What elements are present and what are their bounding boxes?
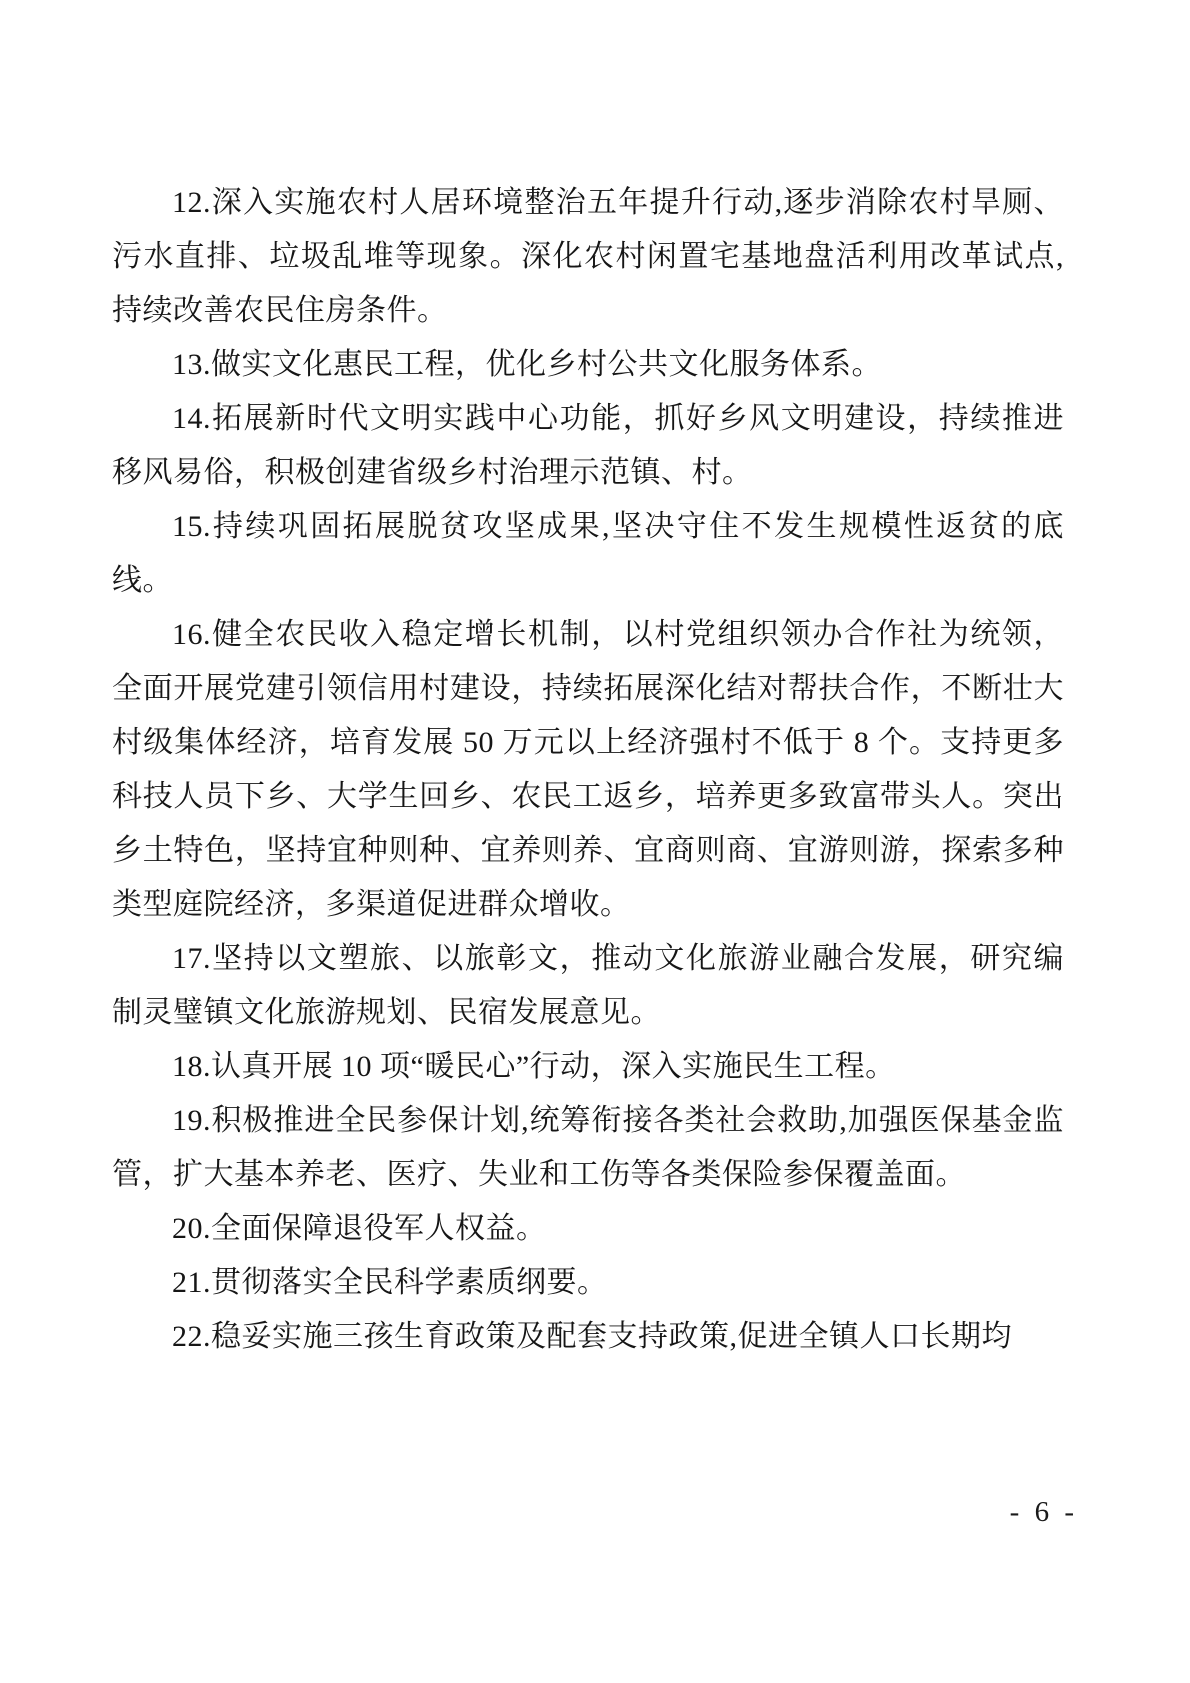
paragraph-item-21: 21.贯彻落实全民科学素质纲要。 bbox=[112, 1256, 1064, 1310]
paragraph-item-16: 16.健全农民收入稳定增长机制，以村党组织领办合作社为统领，全面开展党建引领信用… bbox=[112, 608, 1064, 932]
paragraph-item-14: 14.拓展新时代文明实践中心功能，抓好乡风文明建设，持续推进移风易俗，积极创建省… bbox=[112, 392, 1064, 500]
paragraph-item-18: 18.认真开展 10 项“暖民心”行动，深入实施民生工程。 bbox=[112, 1040, 1064, 1094]
page-number: - 6 - bbox=[1010, 1492, 1078, 1532]
paragraph-item-15: 15.持续巩固拓展脱贫攻坚成果,坚决守住不发生规模性返贫的底线。 bbox=[112, 500, 1064, 608]
paragraph-item-13: 13.做实文化惠民工程，优化乡村公共文化服务体系。 bbox=[112, 338, 1064, 392]
paragraph-item-20: 20.全面保障退役军人权益。 bbox=[112, 1202, 1064, 1256]
paragraph-item-22: 22.稳妥实施三孩生育政策及配套支持政策,促进全镇人口长期均 bbox=[112, 1310, 1064, 1364]
paragraph-item-19: 19.积极推进全民参保计划,统筹衔接各类社会救助,加强医保基金监管，扩大基本养老… bbox=[112, 1094, 1064, 1202]
paragraph-item-17: 17.坚持以文塑旅、以旅彰文，推动文化旅游业融合发展，研究编制灵璧镇文化旅游规划… bbox=[112, 932, 1064, 1040]
paragraph-item-12: 12.深入实施农村人居环境整治五年提升行动,逐步消除农村旱厕、污水直排、垃圾乱堆… bbox=[112, 176, 1064, 338]
document-page: 12.深入实施农村人居环境整治五年提升行动,逐步消除农村旱厕、污水直排、垃圾乱堆… bbox=[0, 0, 1190, 1683]
document-body: 12.深入实施农村人居环境整治五年提升行动,逐步消除农村旱厕、污水直排、垃圾乱堆… bbox=[112, 176, 1064, 1364]
